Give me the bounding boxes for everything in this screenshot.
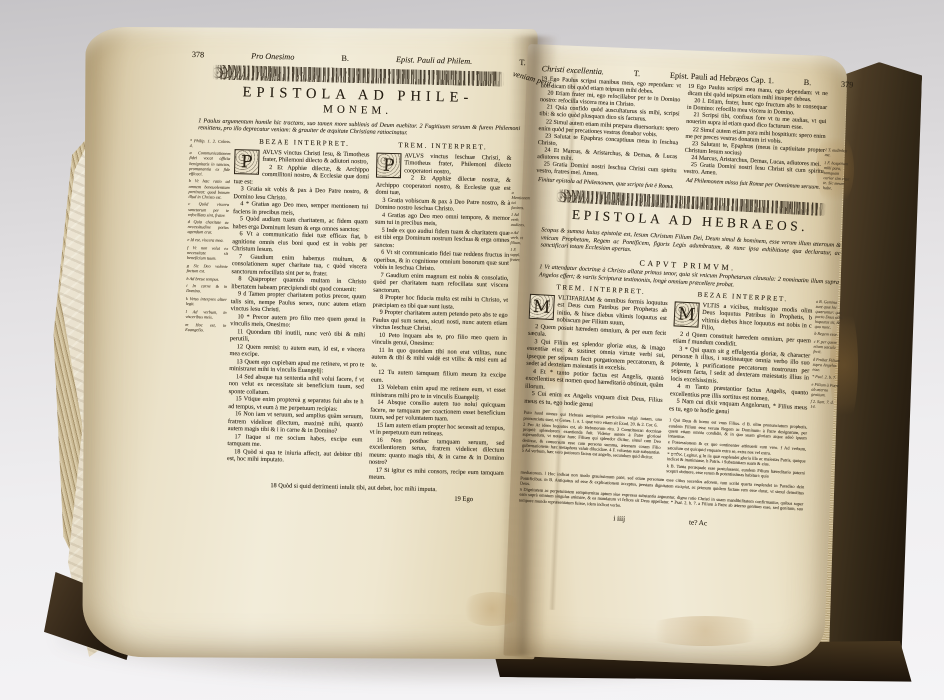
hebrews-body: a B. Gemina sunt quæ hic quæruntur: quo … xyxy=(516,281,844,533)
siglum-t: T. xyxy=(519,58,526,67)
column-heading-trem: TREM. INTERPRET. xyxy=(398,141,487,151)
text-line: g Sic Deo volente factum est. xyxy=(187,263,228,274)
text-line: 1 Ad verb. audiens. xyxy=(511,212,528,227)
woodcut-initial-m: M xyxy=(529,294,555,320)
woodcut-initial-p: P xyxy=(234,149,260,175)
text-line: 2 Pro At idem loquutus est, ab Hebræorum… xyxy=(522,422,662,461)
foxing-stain xyxy=(640,616,770,646)
hebrews-columns: M VLTIFARIAM & omnibus formis loquutus e… xyxy=(524,293,813,420)
left-page-text: 378 Pro Onesimo B. Epist. Pauli ad Phile… xyxy=(179,50,528,504)
margin-notes-hebrews: a B. Gemina sunt quæ hic quæruntur: quo … xyxy=(810,299,844,413)
margin-notes-left: * Philip. 1. 2. Coloss. 4.a Communicatio… xyxy=(185,138,231,336)
woodcut-initial-m: M xyxy=(673,301,699,327)
text-columns: P AVLVS vinctus Christi Iesu, & Timotheu… xyxy=(227,148,512,485)
text-line: 9 Propter charitatem autem petendo peto … xyxy=(372,309,508,335)
text-line: c F. per quem etiam sæcula fecit. xyxy=(813,339,842,355)
footnotes-left: Puto haud omnes qui Hebræis antiquitus p… xyxy=(521,410,662,474)
hebrews-column-bezae: M VLTIS a vicibus, multisque modis olim … xyxy=(669,300,813,420)
text-line: e Id est, viscera mea. xyxy=(187,237,228,243)
text-line: f 2. Sam. 7. d. 14. xyxy=(810,399,838,410)
headpiece-ornament xyxy=(212,65,504,87)
philemon-col-right: 19 Ego Paulus scripsi mea manu, ego depe… xyxy=(683,84,828,198)
left-page-body: * Philip. 1. 2. Coloss. 4.a Communicatio… xyxy=(179,136,526,504)
text-line: * Psal. 2. b. 7. xyxy=(812,374,840,380)
text-line: a B. Gemina sunt quæ hic quæruntur: quo … xyxy=(815,299,845,330)
siglum-b: B. xyxy=(804,78,812,87)
text-line: 14 Absque consilio autem tuo nolui quicq… xyxy=(370,399,506,425)
text-line: 16 Non posthac tamquam seruum, sed excel… xyxy=(369,436,505,469)
siglum-b: B. xyxy=(341,54,349,63)
text-line: * Philip. 1. 2. Coloss. 4. xyxy=(190,138,231,149)
footnotes-right: 1 Qui Deus & homo est vnus Filius. d B. … xyxy=(666,418,807,482)
margin-notes-gutter: a Mentionem tui faciens.1 Ad verb. audie… xyxy=(510,189,529,265)
text-line: 17 Si igitur es mihi consors, recipe eum… xyxy=(369,466,504,484)
text-line: 1 F. suppl. frater. xyxy=(510,247,527,262)
text-line: a Ad verb. vt filium. xyxy=(510,230,527,245)
catchword: te? Ac xyxy=(689,518,708,527)
hebrews-column-trem: M VLTIFARIAM & omnibus formis loquutus e… xyxy=(524,293,668,413)
text-line: 6 Vt a communicatio fidei tuæ efficax fi… xyxy=(232,230,368,256)
running-head-section: Christi excellentia. xyxy=(542,64,605,76)
text-line: c Quòd viscera sanctorum per te refocill… xyxy=(188,201,229,217)
text-line: m Hoc est, in Euangelio. xyxy=(185,321,226,332)
text-line: b Vt hæc ratio ad omnem beneuolentiam pe… xyxy=(188,178,229,199)
footnotes-block: Puto haud omnes qui Hebræis antiquitus p… xyxy=(521,410,808,482)
text-line: 9 d Tamen propter charitatem potius prec… xyxy=(231,290,367,316)
photo-stage: 378 Pro Onesimo B. Epist. Pauli ad Phile… xyxy=(0,0,944,700)
text-line: b Regem esse. xyxy=(814,331,842,337)
siglum-t: T. xyxy=(634,69,641,78)
text-line: 6 Vt sit communicatio fidei tuæ reddens … xyxy=(374,249,510,275)
text-line: k Vetus interpres aliter legit. xyxy=(186,296,227,307)
catchword: 19 Ego xyxy=(454,495,473,502)
text-line: h Ad breue tempus. xyxy=(186,275,227,281)
column-heading-bezae: BEZAE INTERPRET. xyxy=(259,137,350,147)
philemon-ending: 1 T. audiebas me.1 F. hospitium mihi par… xyxy=(534,76,855,200)
text-line: l Ad verbum, in visceribus meis. xyxy=(185,309,226,320)
text-line: e Filium à Patre ab æterno genitum. xyxy=(811,381,840,397)
text-column-bezae: P AVLVS vinctus Christi Iesu, & Timotheu… xyxy=(227,148,370,481)
right-page-text: Christi excellentia. T. Epist. Pauli ad … xyxy=(516,64,855,534)
text-column-trem: P AVLVS vinctus Ieschuæ Christi, & Timot… xyxy=(369,151,512,484)
text-line: 7 Gaudium enim habemus multum, & consola… xyxy=(232,253,368,279)
text-line: 16 Non iam vt seruum, sed amplius quàm s… xyxy=(228,410,364,436)
running-head-section: Pro Onesimo xyxy=(251,51,294,61)
page-number: 379 xyxy=(841,80,854,90)
running-head-title: Epist. Pauli ad Philem. xyxy=(396,55,472,66)
text-line: d Probat Filium supra Angelos esse. xyxy=(812,356,841,372)
text-line: 1 F. hospitium mihi para, tamquam carior… xyxy=(823,160,852,191)
text-line: d Quia charitate ac necessitudine potius… xyxy=(187,219,228,235)
woodcut-initial-p: P xyxy=(376,152,402,178)
text-line: 1 T. audiebas me. xyxy=(825,147,852,158)
margin-notes-right: 1 T. audiebas me.1 F. hospitium mihi par… xyxy=(823,147,852,194)
foxing-stain xyxy=(460,592,524,626)
page-number: 378 xyxy=(192,50,204,59)
signature-mark: i iiij xyxy=(613,515,625,524)
text-line: 18 Quòd si qua te iniuria affecit, aut d… xyxy=(227,448,362,466)
philemon-col-left: 19 Ego Paulus scripsi manibus meis, ego … xyxy=(536,76,681,190)
text-line: f Vt non velut ex necessitate sit benefi… xyxy=(187,245,228,261)
text-line: i In carne & in Domino. xyxy=(186,283,227,294)
text-line: a Mentionem tui faciens. xyxy=(511,189,528,209)
text-line: a Communicationem fidei vocat officia be… xyxy=(189,150,231,176)
